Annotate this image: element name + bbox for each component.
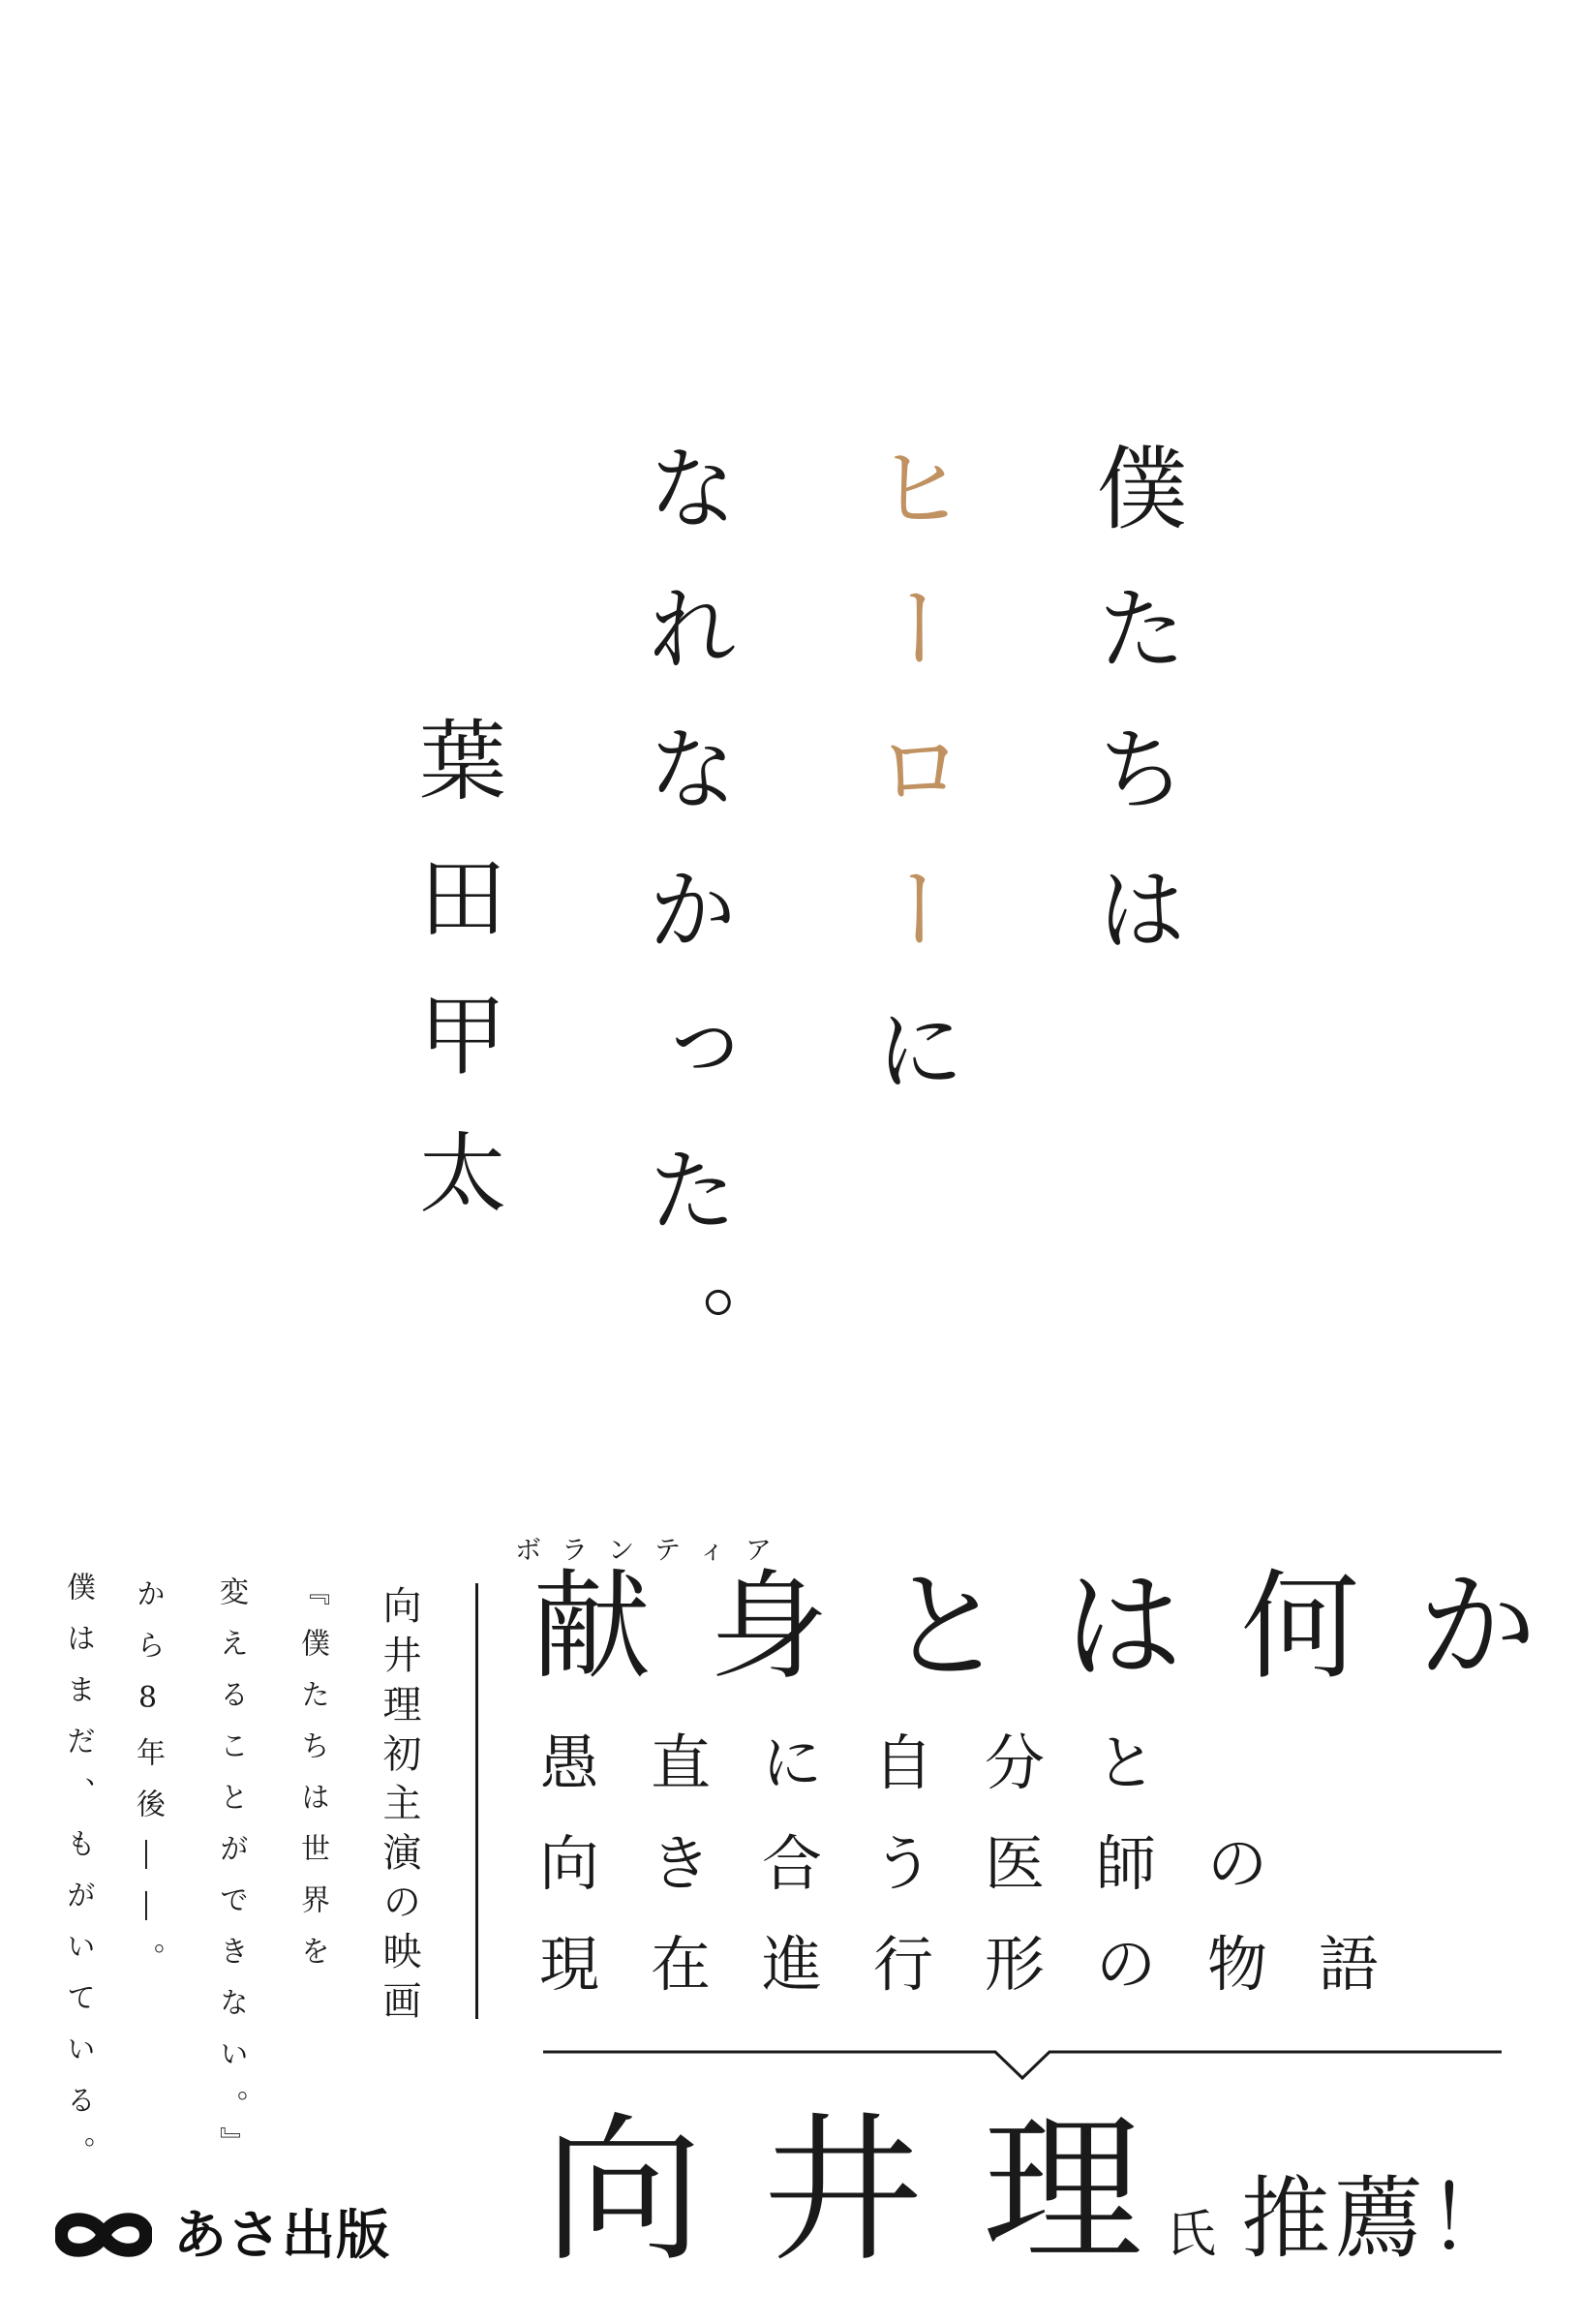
movie-quote-line-2-text: 変えることができない。』 — [214, 1576, 248, 2178]
recommendation-word-text: 推薦！ — [1241, 2167, 1520, 2271]
recommender-honorific: 氏 — [1166, 2210, 1216, 2260]
tagline-headline-text: 献身とは何か — [532, 1558, 1581, 1696]
movie-quote-line-1: 『僕たちは世界を — [297, 1576, 326, 1987]
movie-note-after-pre: から — [131, 1578, 165, 1681]
recommender-name: 向井理 — [543, 2111, 1202, 2271]
movie-quote-line-2: 変えることができない。』 — [216, 1576, 245, 2178]
tagline-line-3: 現在進行形の物語 — [539, 1935, 1430, 1995]
tagline-line-2-text: 向き合う医師の — [539, 1828, 1319, 1899]
movie-quote-line-1-text: 『僕たちは世界を — [295, 1576, 329, 1987]
movie-note-tail-text: 僕はまだ、もがいている。 — [61, 1572, 95, 2187]
tagline-headline: 献身とは何か — [532, 1568, 1581, 1686]
movie-note-after-digit: 8 — [131, 1681, 165, 1737]
title-line-3: なれなかった。 — [638, 441, 729, 1423]
author-name: 葉田甲太 — [410, 715, 498, 1265]
recommendation-word: 推薦！ — [1241, 2175, 1520, 2264]
movie-note-after-post: 年後――。 — [131, 1737, 165, 1994]
tagline-line-1-text: 愚直に自分と — [539, 1728, 1207, 1798]
title-line-1: 僕たちは — [1087, 441, 1178, 1002]
movie-note-after: から8年後――。 — [133, 1578, 162, 1994]
title-line-1-text: 僕たちは — [1080, 441, 1186, 1002]
publisher-name: あさ出版 — [173, 2209, 390, 2262]
vertical-divider-rule — [475, 1583, 478, 2019]
bracket-line — [543, 2050, 1502, 2083]
title-line-2-accent-word: ヒーロー — [859, 441, 964, 1002]
recommender-name-text: 向井理 — [543, 2097, 1202, 2283]
book-cover: 僕たちは ヒーローに なれなかった。 葉田甲太 向井理初主演の映画 『僕たちは世… — [0, 0, 1581, 2324]
infinity-logo-icon — [55, 2208, 152, 2262]
tagline-line-3-text: 現在進行形の物語 — [539, 1929, 1430, 2000]
title-line-3-text: なれなかった。 — [631, 441, 737, 1423]
publisher-lockup: あさ出版 — [55, 2208, 390, 2262]
movie-credit: 向井理初主演の映画 — [380, 1585, 418, 2030]
tagline-line-1: 愚直に自分と — [539, 1733, 1207, 1793]
author-name-text: 葉田甲太 — [404, 715, 505, 1265]
movie-credit-text: 向井理初主演の映画 — [377, 1585, 421, 2030]
recommender-honorific-text: 氏 — [1166, 2206, 1216, 2264]
tagline-line-2: 向き合う医師の — [539, 1834, 1319, 1894]
title-line-2: ヒーローに — [866, 441, 957, 1143]
title-line-2-particle: に — [859, 1002, 964, 1143]
movie-note-tail: 僕はまだ、もがいている。 — [63, 1572, 92, 2187]
